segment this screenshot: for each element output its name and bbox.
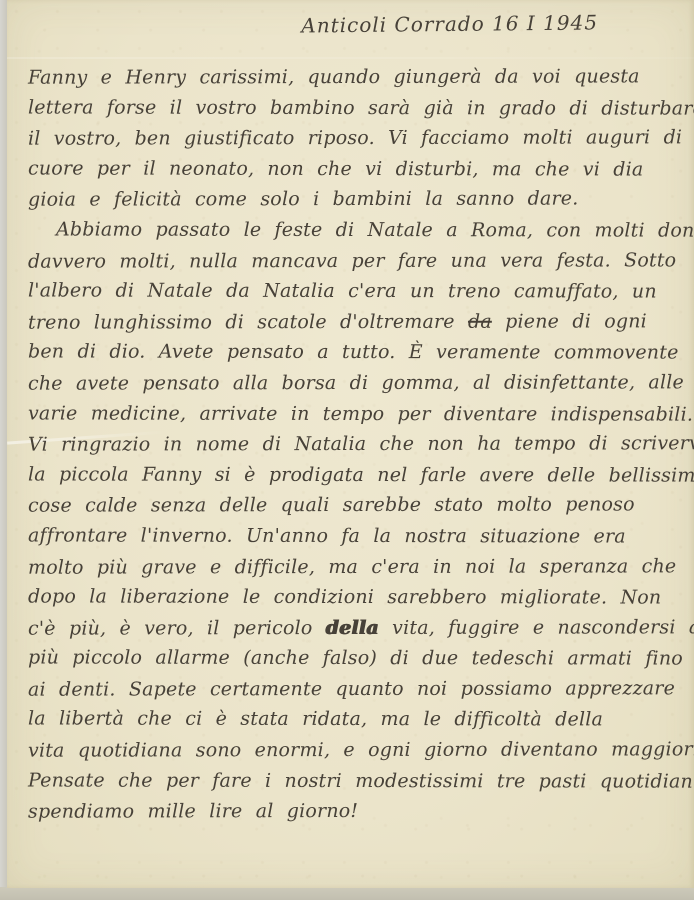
line-text: Fanny e Henry carissimi, quando giungerà… xyxy=(28,65,640,88)
overwrite-text: della xyxy=(326,617,379,639)
line-text: c'è più, è vero, il pericolo xyxy=(28,617,326,640)
line-text: vita quotidiana sono enormi, e ogni gior… xyxy=(28,738,694,761)
line-text: ben di dio. Avete pensato a tutto. È ver… xyxy=(28,341,679,364)
line-text: dopo la liberazione le condizioni sarebb… xyxy=(28,586,661,609)
strike-text: da xyxy=(468,310,492,332)
line-text: la libertà che ci è stata ridata, ma le … xyxy=(28,708,603,731)
letter-paper: Anticoli Corrado 16 I 1945 Fanny e Henry… xyxy=(7,0,694,888)
line-text: l'albero di Natale da Natalia c'era un t… xyxy=(28,280,657,303)
letter-line: molto più grave e difficile, ma c'era in… xyxy=(28,551,672,583)
line-text: ai denti. Sapete certamente quanto noi p… xyxy=(28,677,675,700)
letter-dateline: Anticoli Corrado 16 I 1945 xyxy=(28,10,672,41)
letter-line: ben di dio. Avete pensato a tutto. È ver… xyxy=(28,337,672,369)
letter-line: cuore per il neonato, non che vi disturb… xyxy=(28,153,672,185)
letter-line: più piccolo allarme (anche falso) di due… xyxy=(28,643,672,675)
letter-content: Anticoli Corrado 16 I 1945 Fanny e Henry… xyxy=(28,13,672,827)
line-text: lettera forse il vostro bambino sarà già… xyxy=(28,96,694,119)
line-text: la piccola Fanny si è prodigata nel farl… xyxy=(28,463,694,486)
line-text: Pensate che per fare i nostri modestissi… xyxy=(28,769,694,792)
letter-line: treno lunghissimo di scatole d'oltremare… xyxy=(28,306,672,338)
letter-line: il vostro, ben giustificato riposo. Vi f… xyxy=(28,123,672,155)
letter-line: affrontare l'inverno. Un'anno fa la nost… xyxy=(28,520,672,552)
line-text: varie medicine, arrivate in tempo per di… xyxy=(28,402,693,425)
line-text: piene di ogni xyxy=(492,310,647,332)
letter-line: l'albero di Natale da Natalia c'era un t… xyxy=(28,276,672,308)
letter-line: la piccola Fanny si è prodigata nel farl… xyxy=(28,459,672,491)
line-text: affrontare l'inverno. Un'anno fa la nost… xyxy=(28,524,626,547)
line-text: molto più grave e difficile, ma c'era in… xyxy=(28,555,676,578)
line-text: più piccolo allarme (anche falso) di due… xyxy=(28,647,683,670)
line-text: Abbiamo passato le feste di Natale a Rom… xyxy=(56,218,694,241)
letter-line: ai denti. Sapete certamente quanto noi p… xyxy=(28,673,672,705)
letter-line: cose calde senza delle quali sarebbe sta… xyxy=(28,490,672,522)
letter-line: c'è più, è vero, il pericolo della vita,… xyxy=(28,612,672,644)
letter-line: spendiamo mille lire al giorno! xyxy=(28,796,672,828)
letter-line: varie medicine, arrivate in tempo per di… xyxy=(28,398,672,430)
letter-line: dopo la liberazione le condizioni sarebb… xyxy=(28,582,672,614)
line-text: che avete pensato alla borsa di gomma, a… xyxy=(28,371,684,394)
letter-line: la libertà che ci è stata ridata, ma le … xyxy=(28,704,672,736)
letter-line: vita quotidiana sono enormi, e ogni gior… xyxy=(28,734,672,766)
line-text: cuore per il neonato, non che vi disturb… xyxy=(28,157,643,180)
letter-line: Abbiamo passato le feste di Natale a Rom… xyxy=(28,214,672,246)
letter-line: Vi ringrazio in nome di Natalia che non … xyxy=(28,428,672,460)
letter-body: Fanny e Henry carissimi, quando giungerà… xyxy=(28,62,672,827)
letter-line: che avete pensato alla borsa di gomma, a… xyxy=(28,367,672,399)
line-text: vita, fuggire e nascondersi al xyxy=(379,616,694,639)
line-text: gioia e felicità come solo i bambini la … xyxy=(28,188,578,211)
line-text: cose calde senza delle quali sarebbe sta… xyxy=(28,494,635,517)
line-text: treno lunghissimo di scatole d'oltremare xyxy=(28,311,468,334)
line-text: davvero molti, nulla mancava per fare un… xyxy=(28,249,676,272)
letter-line: Pensate che per fare i nostri modestissi… xyxy=(28,765,672,797)
scan-edge-left xyxy=(0,0,7,900)
scan-edge-bottom xyxy=(0,887,694,900)
line-text: Vi ringrazio in nome di Natalia che non … xyxy=(28,432,694,455)
letter-line: lettera forse il vostro bambino sarà già… xyxy=(28,92,672,124)
line-text: il vostro, ben giustificato riposo. Vi f… xyxy=(28,126,682,149)
letter-line: gioia e felicità come solo i bambini la … xyxy=(28,184,672,216)
line-text: spendiamo mille lire al giorno! xyxy=(28,800,358,823)
letter-line: davvero molti, nulla mancava per fare un… xyxy=(28,245,672,277)
letter-line: Fanny e Henry carissimi, quando giungerà… xyxy=(28,61,672,93)
